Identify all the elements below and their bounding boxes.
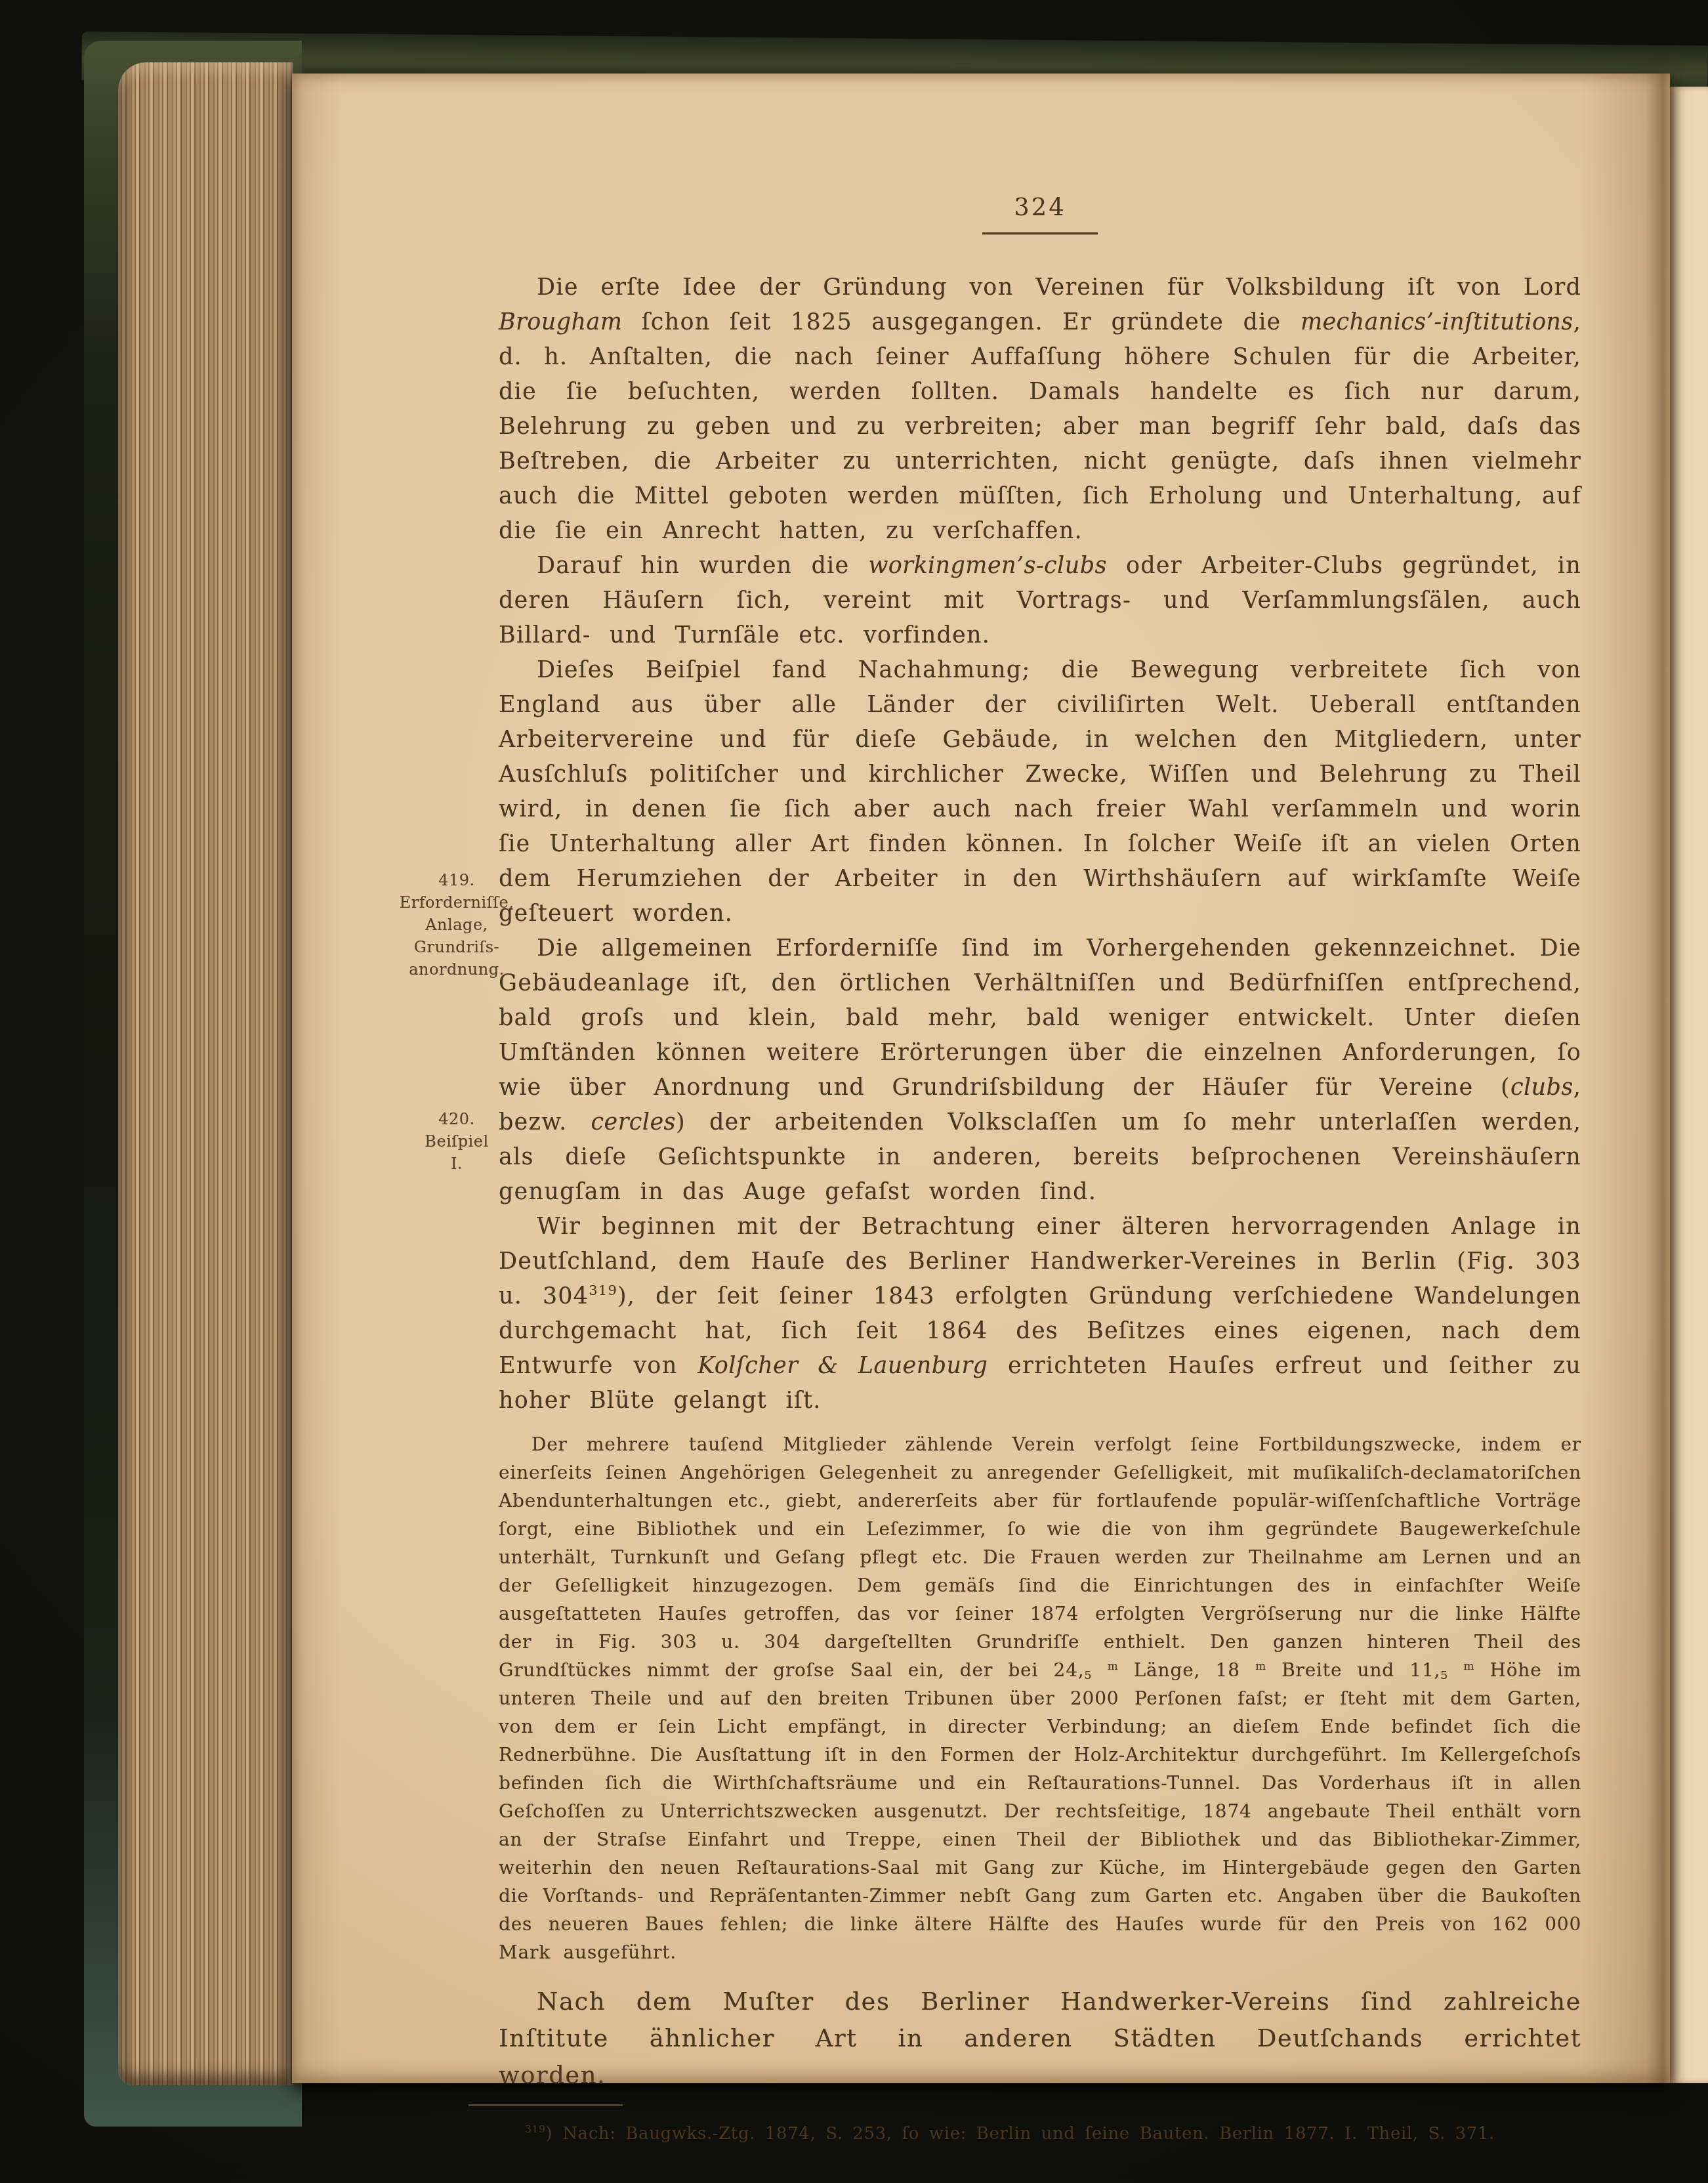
paragraph-2: Darauf hin wurden die workingmen’s-clubs… [499,549,1581,653]
paragraph-closing: Nach dem Muſter des Berliner Handwerker-… [499,1983,1581,2094]
main-text: Die erſte Idee der Gründung von Vereinen… [499,270,1581,1418]
paragraph-1: Die erſte Idee der Gründung von Vereinen… [499,270,1581,549]
paragraph-4: Die allgemeinen Erforderniſſe ſind im Vo… [499,931,1581,1210]
paragraph-3: Dieſes Beiſpiel fand Nachahmung; die Bew… [499,653,1581,931]
photo-background: 324 419.Erforderniſſe,Anlage,Grundriſs-a… [0,0,1708,2183]
page-number-rule [982,232,1098,234]
text-column: Die erſte Idee der Gründung von Vereinen… [499,270,1581,2146]
paragraph-small-print: Der mehrere tauſend Mitglieder zählende … [499,1430,1581,1966]
footnote: 319) Nach: Baugwks.-Ztg. 1874, S. 253, ſ… [499,2122,1581,2146]
paragraph-5: Wir beginnen mit der Betrachtung einer ä… [499,1210,1581,1418]
small-print-section: Der mehrere tauſend Mitglieder zählende … [499,1430,1581,1966]
closing-section: Nach dem Muſter des Berliner Handwerker-… [499,1983,1581,2094]
page-stack-fore-edge [118,62,293,2085]
book-page: 324 419.Erforderniſſe,Anlage,Grundriſs-a… [292,74,1670,2083]
page-number: 324 [499,193,1581,221]
footnote-rule [469,2104,623,2106]
facing-page-sliver [1670,87,1708,2083]
